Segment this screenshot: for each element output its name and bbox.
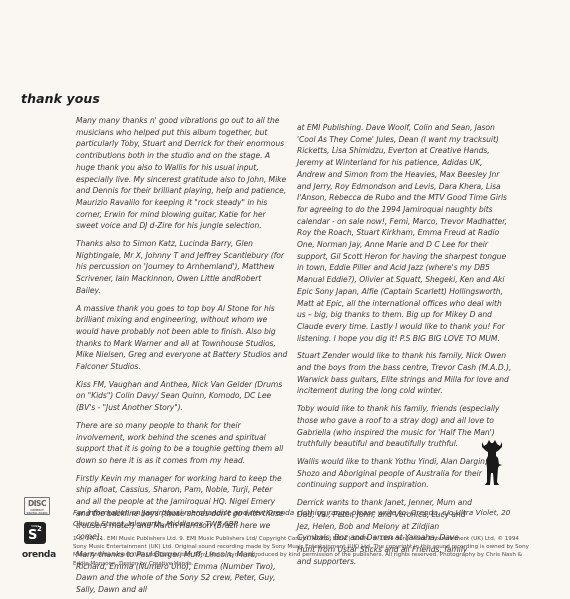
paragraph-thanks-also: Thanks also to Simon Katz, Lucinda Barry…	[76, 238, 288, 297]
paragraph-emi-publishing: at EMI Publishing. Dave Woolf, Colin and…	[297, 122, 512, 344]
footer: For information on Jamiroquai merchandis…	[73, 508, 533, 568]
right-text-column: at EMI Publishing. Dave Woolf, Colin and…	[297, 122, 512, 573]
merchandise-info: For information on Jamiroquai merchandis…	[73, 508, 533, 529]
logo-stack: DISC COMPACT DIGITAL AUDIO SONY S 2 oren…	[22, 497, 58, 560]
sony-s2-logo-icon: SONY S 2	[24, 522, 46, 544]
paragraph-so-many-people: There are so many people to thank for th…	[76, 420, 288, 467]
paragraph-stuart-zender: Stuart Zender would like to thank his fa…	[297, 350, 512, 397]
paragraph-mixing: A massive thank you goes to top boy Al S…	[76, 303, 288, 373]
paragraph-kiss-fm: Kiss FM, Vaughan and Anthea, Nick Van Ge…	[76, 379, 288, 414]
compact-disc-logo-icon: DISC COMPACT DIGITAL AUDIO	[24, 497, 50, 515]
page-title: thank yous	[21, 91, 100, 106]
orenda-logo-icon: orenda	[22, 550, 58, 560]
buffalo-man-icon	[480, 438, 504, 486]
paragraph-musicians: Many many thanks n' good vibrations go o…	[76, 115, 288, 232]
legal-credits: 1-8, 10, 11. EMI Music Publishers Ltd. 9…	[73, 535, 533, 568]
